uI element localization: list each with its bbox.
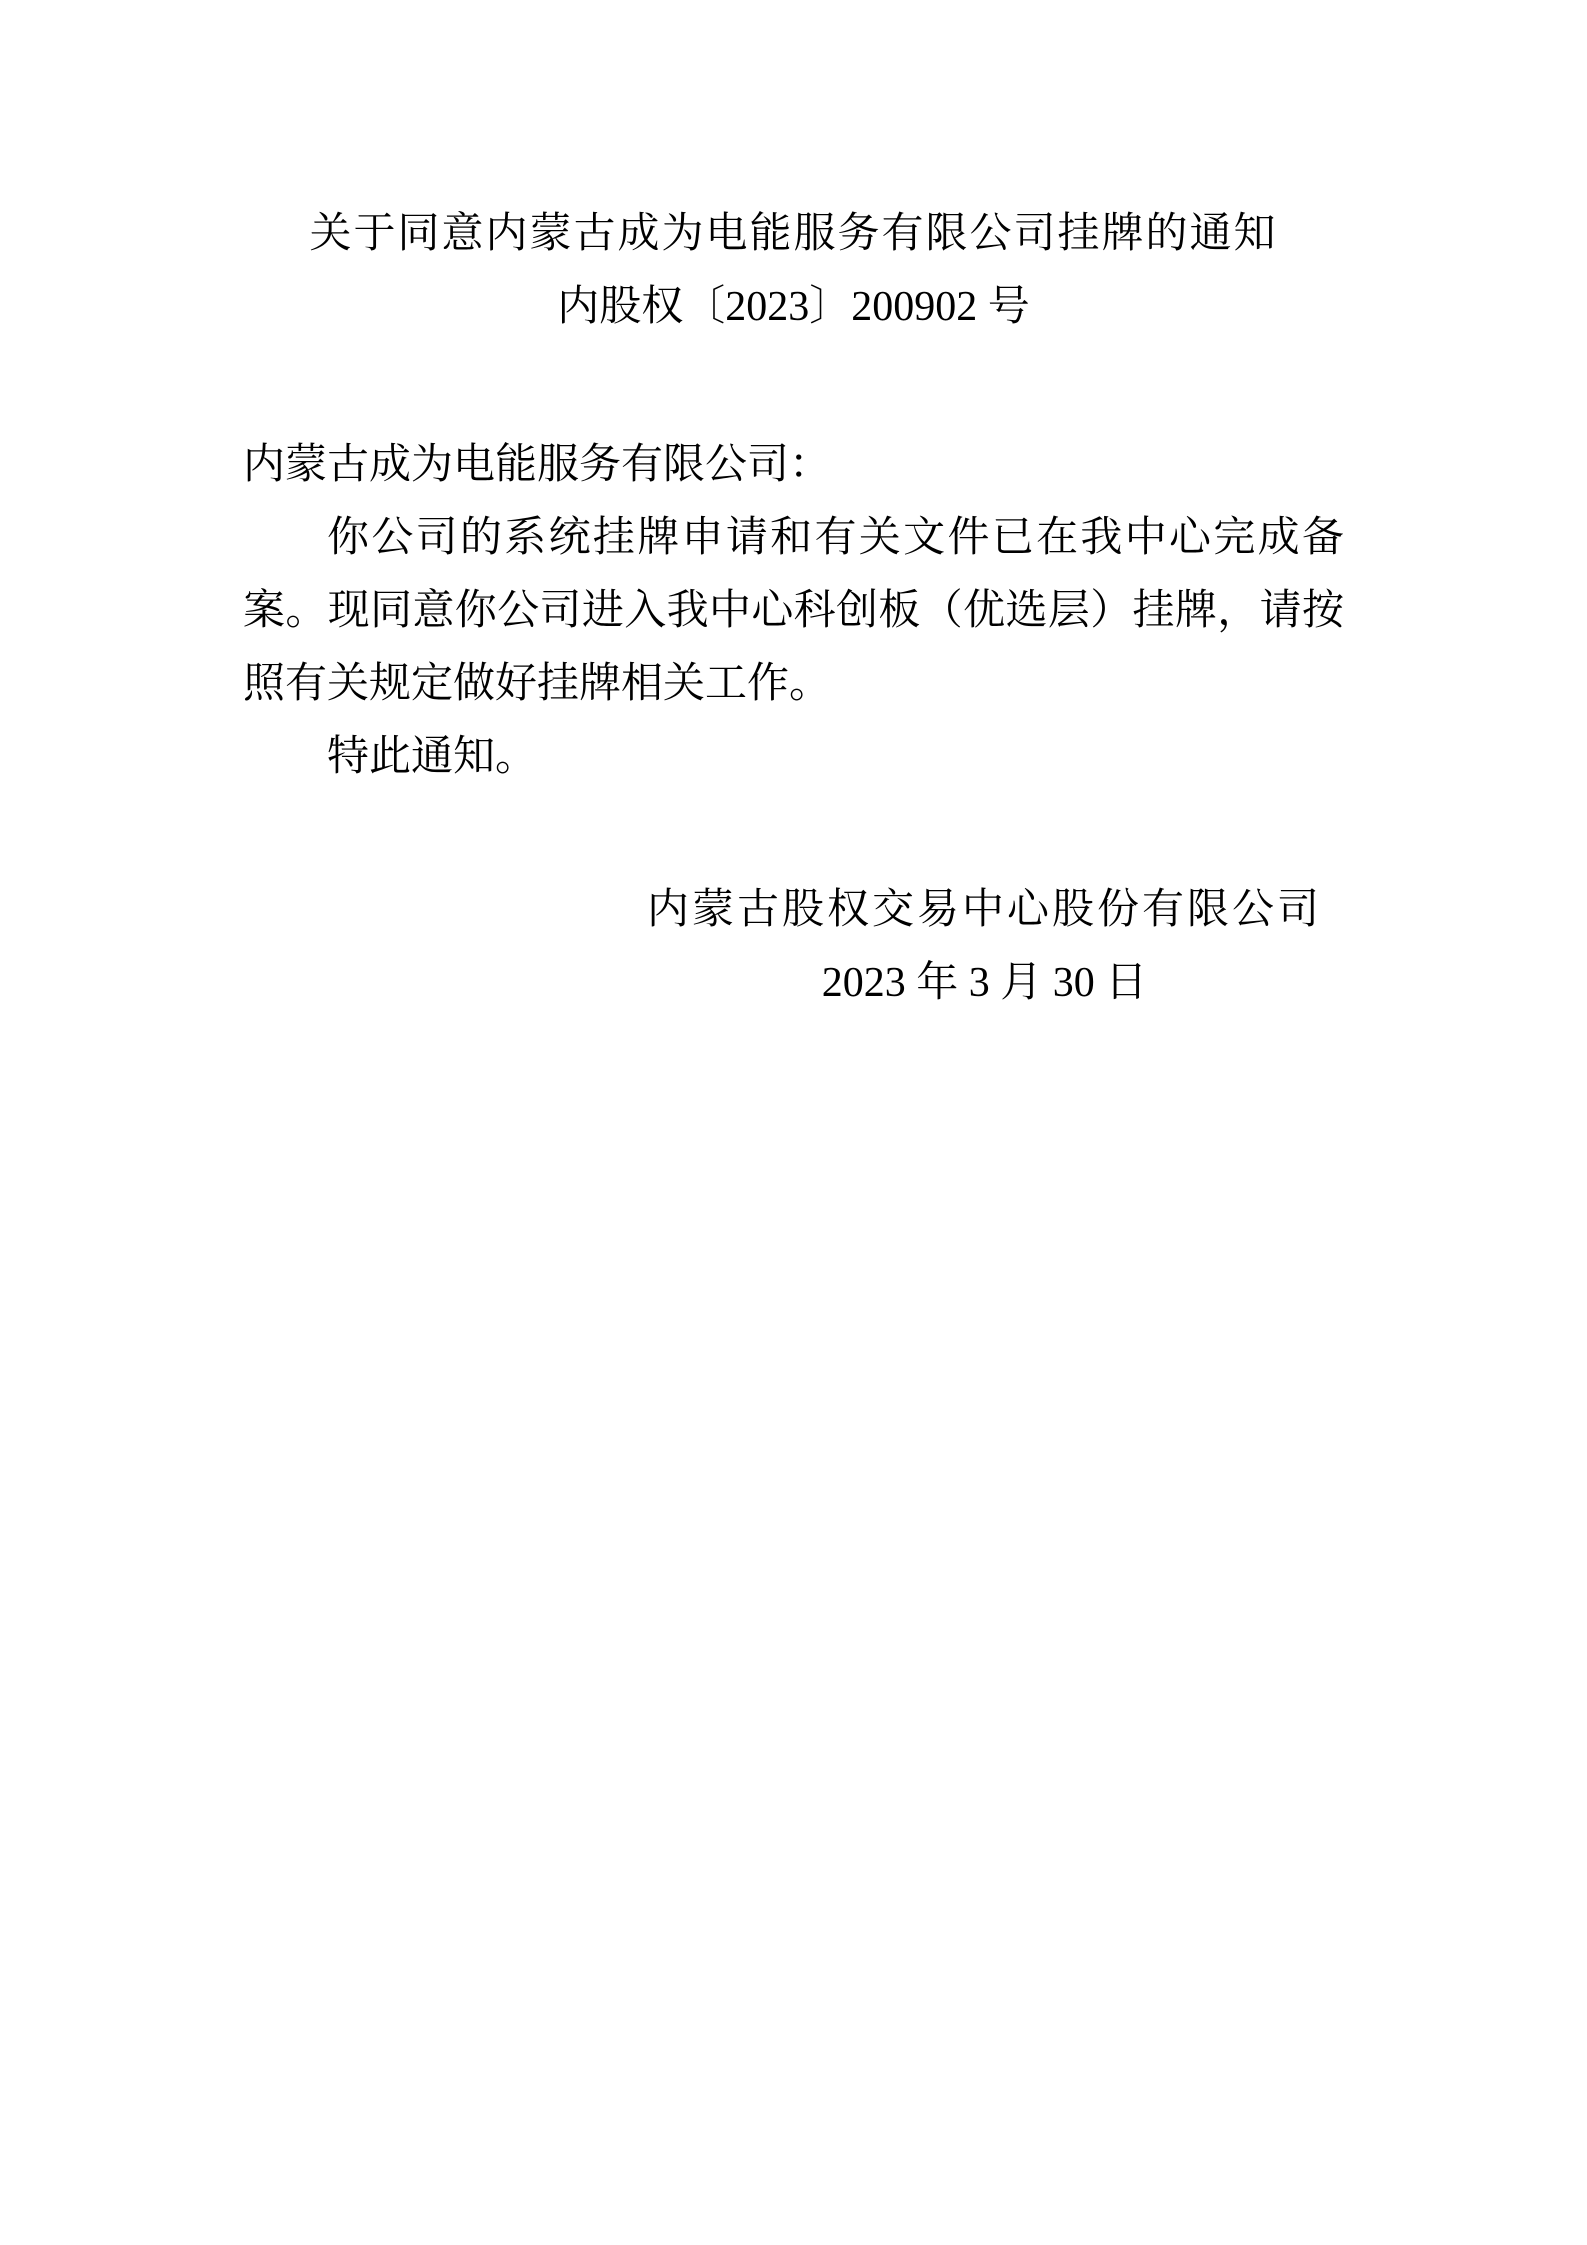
blank-line xyxy=(243,344,1344,429)
document-title: 关于同意内蒙古成为电能服务有限公司挂牌的通知 xyxy=(243,198,1344,271)
notice-document-page: 关于同意内蒙古成为电能服务有限公司挂牌的通知 内股权〔2023〕200902 号… xyxy=(0,0,1587,2245)
blank-line xyxy=(243,794,1344,874)
document-reference-number: 内股权〔2023〕200902 号 xyxy=(243,271,1344,344)
signature-block: 内蒙古股权交易中心股份有限公司 2023 年 3 月 30 日 xyxy=(647,874,1322,1020)
recipient-salutation-line: 内蒙古成为电能服务有限公司： xyxy=(243,429,1344,502)
closing-phrase-line: 特此通知。 xyxy=(243,721,1344,794)
body-text-line: 照有关规定做好挂牌相关工作。 xyxy=(243,648,1344,721)
issue-date-line: 2023 年 3 月 30 日 xyxy=(647,947,1322,1020)
issuer-signature-line: 内蒙古股权交易中心股份有限公司 xyxy=(647,874,1322,947)
body-text-line: 案。现同意你公司进入我中心科创板（优选层）挂牌，请按 xyxy=(243,575,1344,648)
body-text-line: 你公司的系统挂牌申请和有关文件已在我中心完成备 xyxy=(243,502,1344,575)
